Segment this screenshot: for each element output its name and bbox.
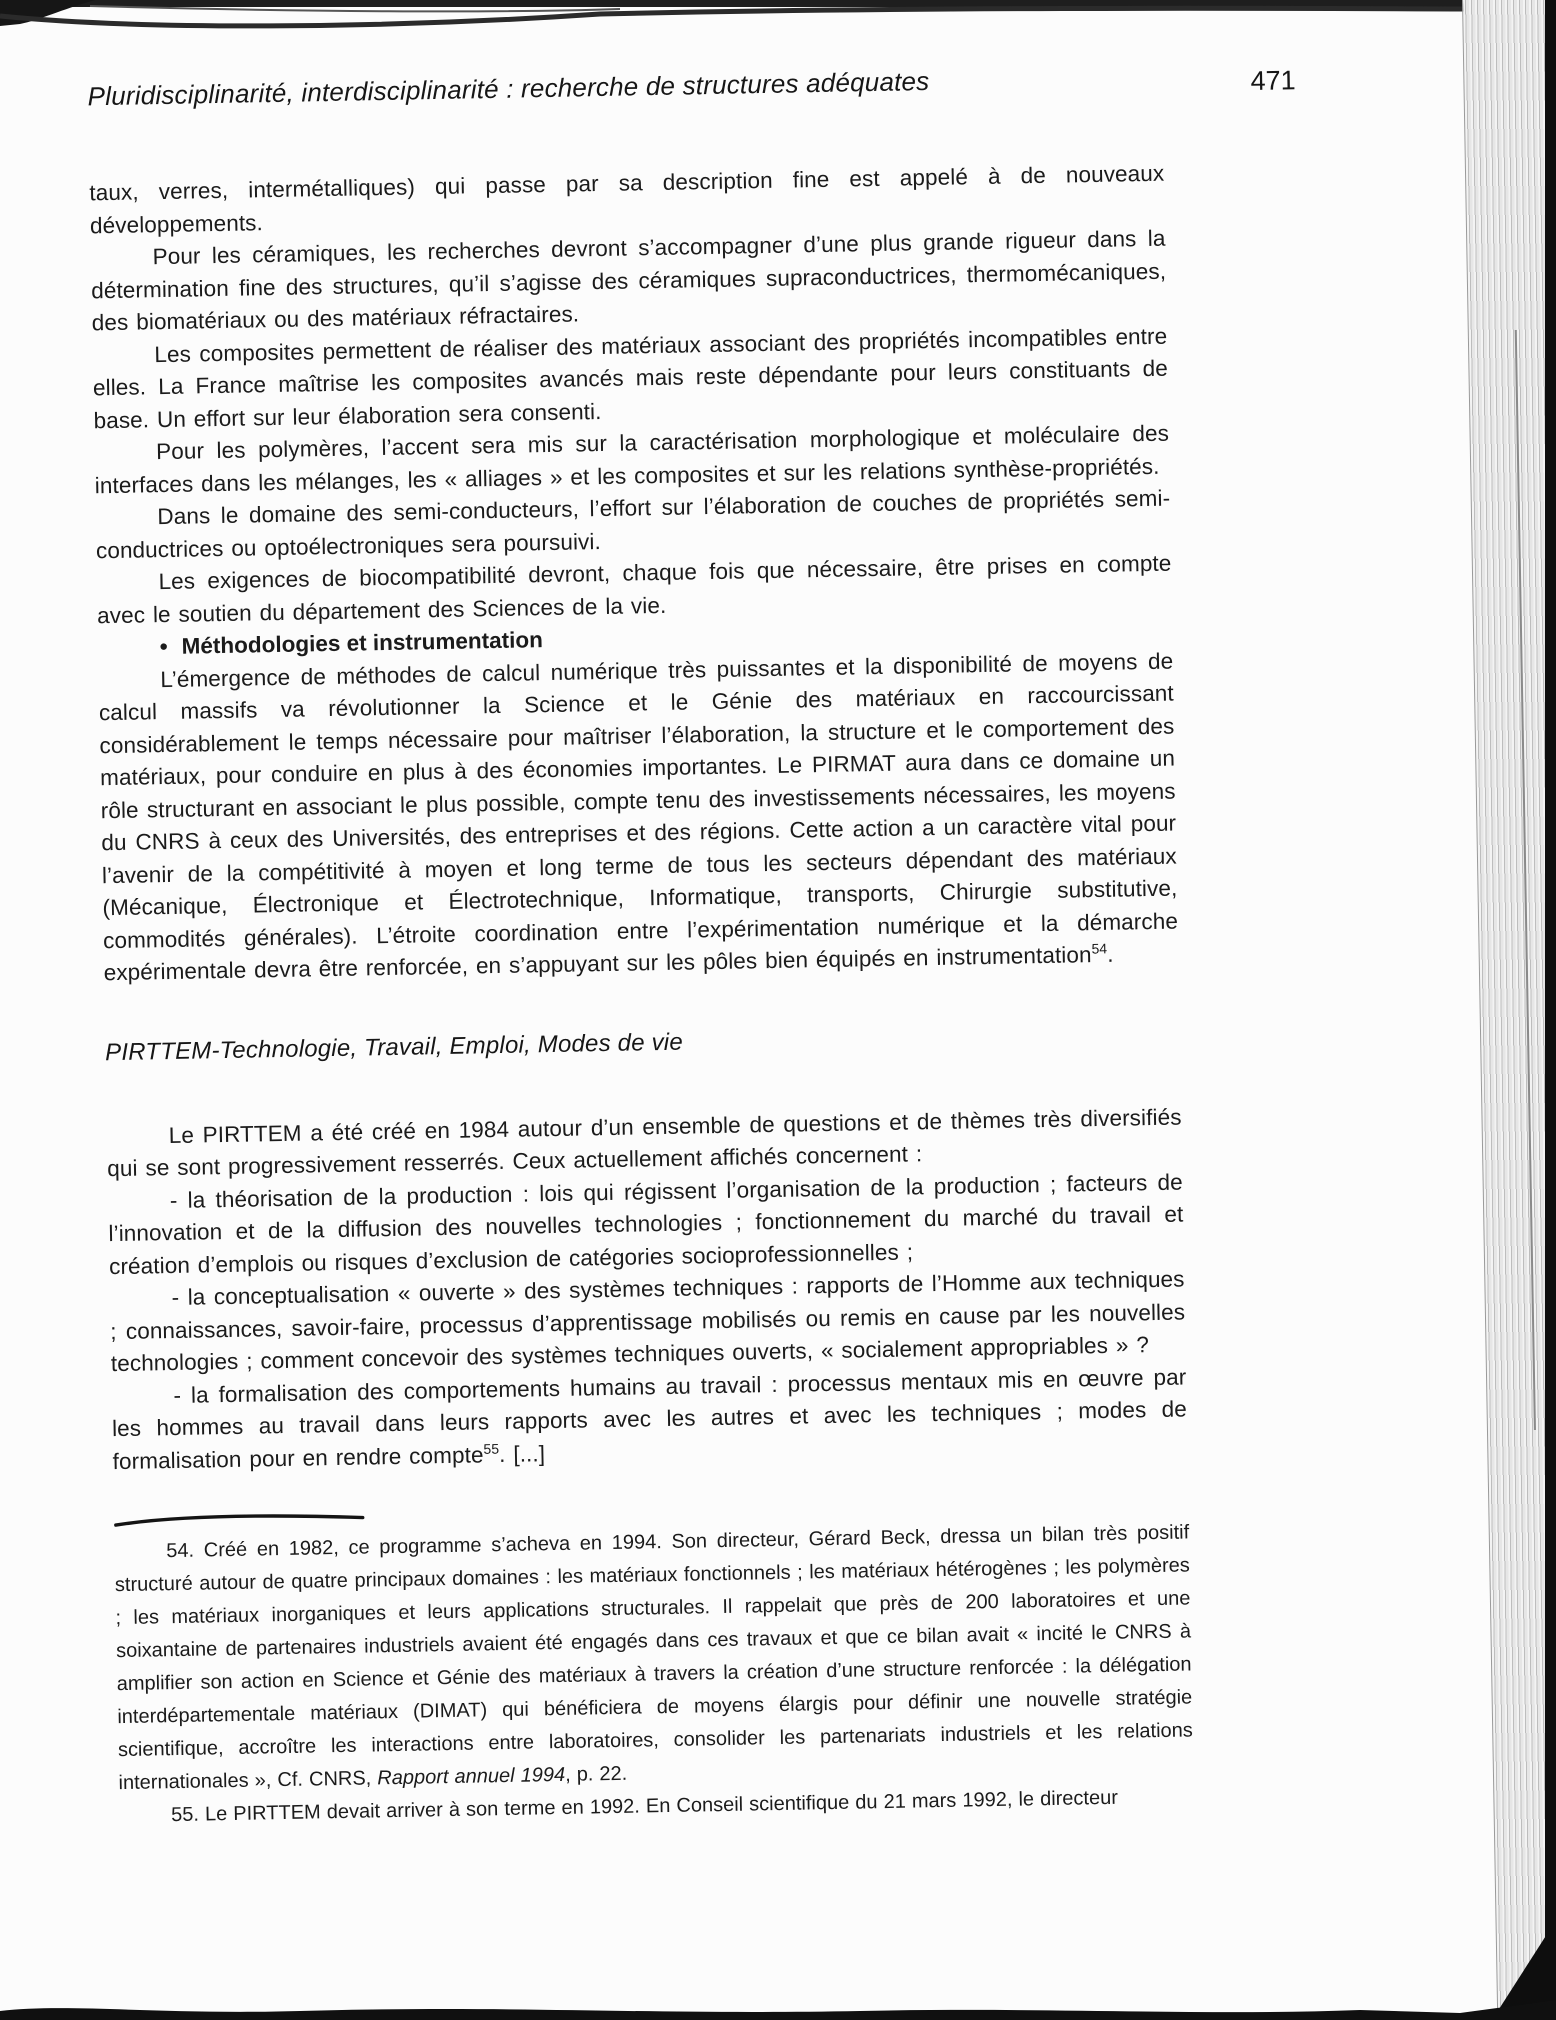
list-item-formalisation: - la formalisation des comportements hum… <box>111 1361 1188 1478</box>
running-title: Pluridisciplinarité, interdisciplinarité… <box>87 66 929 111</box>
section-title-pirttem: PIRTTEM-Technologie, Travail, Emploi, Mo… <box>105 1019 1180 1067</box>
paragraph-text: L’émergence de méthodes de calcul numéri… <box>99 648 1178 985</box>
footnote-ref-55: 55 <box>483 1440 499 1456</box>
fore-edge-line <box>1515 330 1536 1430</box>
footnote-text-end: , p. 22. <box>565 1763 628 1786</box>
paragraph-text-end: . <box>1107 942 1114 967</box>
footnote-54: 54. Créé en 1982, ce programme s’acheva … <box>114 1516 1194 1800</box>
paragraph-text: - la formalisation des comportements hum… <box>112 1364 1187 1474</box>
paragraph-text-end: . [...] <box>499 1441 545 1467</box>
footnote-text: 54. Créé en 1982, ce programme s’acheva … <box>115 1521 1193 1794</box>
page-header: Pluridisciplinarité, interdisciplinarité… <box>87 62 1163 126</box>
book-page-scan: Pluridisciplinarité, interdisciplinarité… <box>0 0 1556 2020</box>
list-item-conceptualisation: - la conceptualisation « ouverte » des s… <box>109 1263 1186 1380</box>
paragraph-methodologies: L’émergence de méthodes de calcul numéri… <box>98 645 1179 990</box>
bullet-heading-label: Méthodologies et instrumentation <box>181 627 543 659</box>
footnote-separator <box>114 1510 366 1529</box>
book-fore-edge-pages <box>1462 0 1556 2020</box>
page-bottom-edge <box>0 1992 1556 2020</box>
page-top-edge <box>0 0 1556 46</box>
right-black-border <box>1545 0 1556 2020</box>
bullet-icon: • <box>160 634 168 659</box>
page-content: Pluridisciplinarité, interdisciplinarité… <box>87 62 1194 1833</box>
page-number: 471 <box>1250 65 1296 97</box>
footnote-ref-54: 54 <box>1091 940 1107 956</box>
footnote-italic-reference: Rapport annuel 1994 <box>377 1764 565 1789</box>
